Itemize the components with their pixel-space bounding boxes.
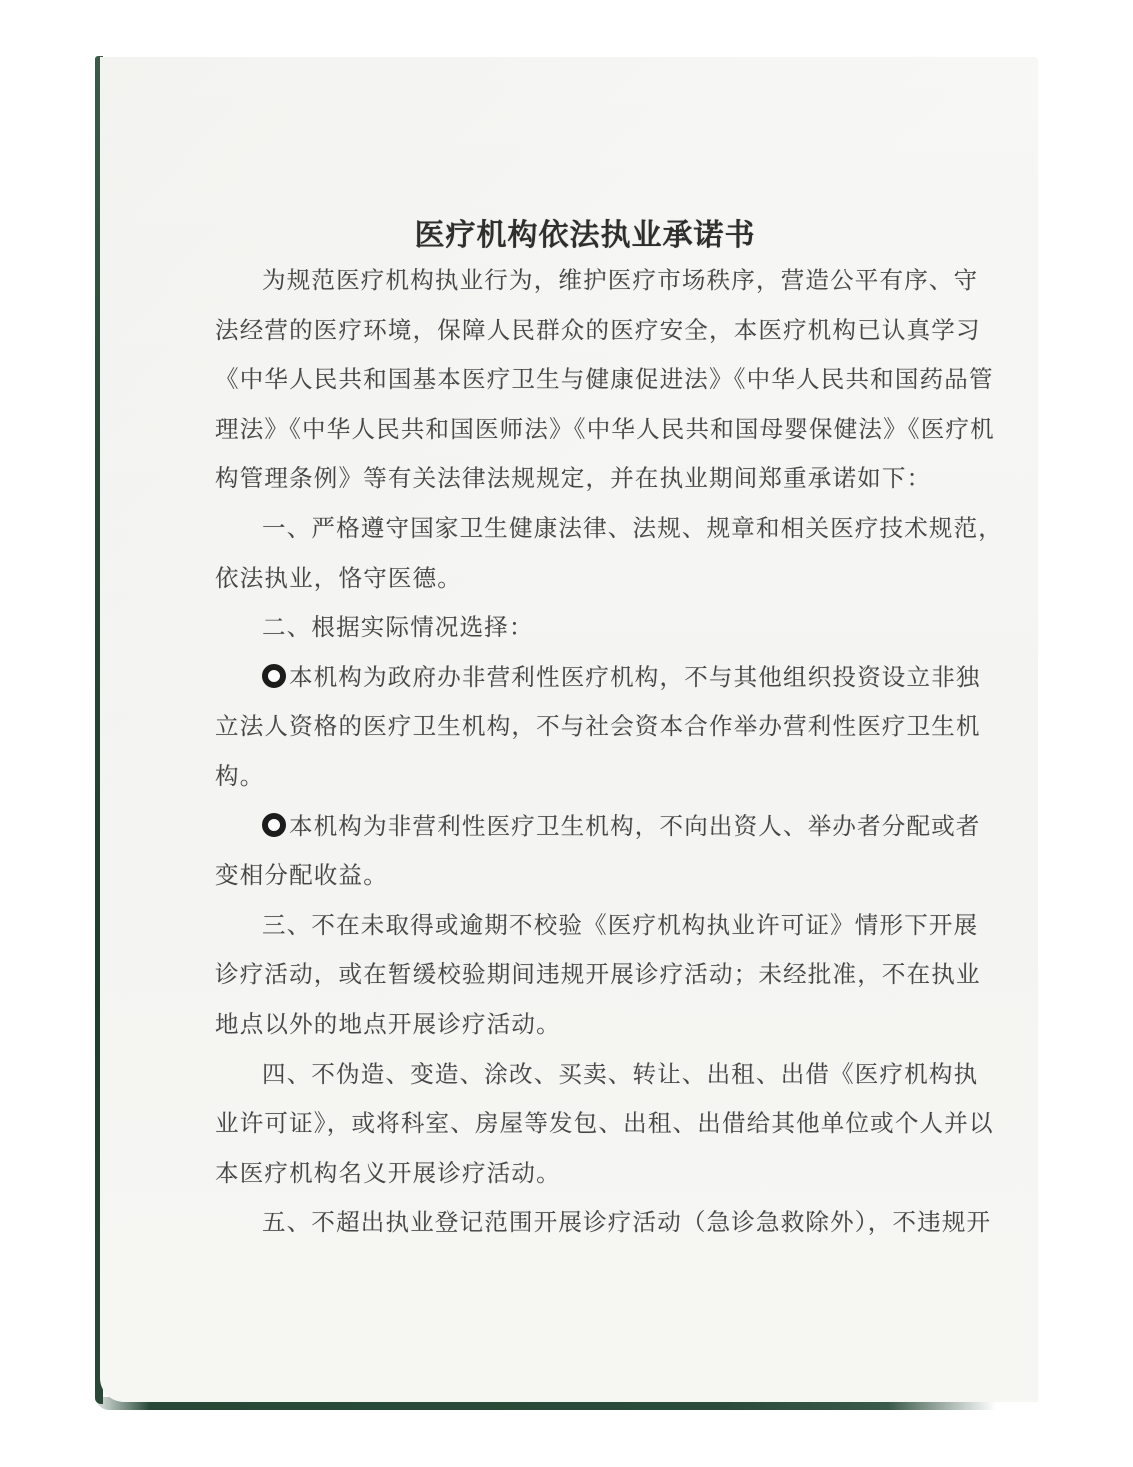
document-line: 构。 — [215, 753, 1015, 803]
document-line: 构管理条例》等有关法律法规规定，并在执业期间郑重承诺如下： — [215, 455, 1015, 505]
document-line: 二、根据实际情况选择： — [215, 604, 1015, 654]
document-line-text: 本机构为政府办非营利性医疗机构，不与其他组织投资设立非独 — [289, 665, 981, 691]
document-line: 《中华人民共和国基本医疗卫生与健康促进法》《中华人民共和国药品管 — [215, 356, 1015, 406]
scan-canvas: 医疗机构依法执业承诺书 为规范医疗机构执业行为，维护医疗市场秩序，营造公平有序、… — [0, 0, 1133, 1467]
document-line: 地点以外的地点开展诊疗活动。 — [215, 1001, 1015, 1051]
filled-circle-bullet-icon — [262, 664, 286, 688]
document-line: 四、不伪造、变造、涂改、买卖、转让、出租、出借《医疗机构执 — [215, 1051, 1015, 1101]
document-line: 法经营的医疗环境，保障人民群众的医疗安全，本医疗机构已认真学习 — [215, 307, 1015, 357]
document-line: 业许可证》，或将科室、房屋等发包、出租、出借给其他单位或个人并以 — [215, 1100, 1015, 1150]
document-line: 为规范医疗机构执业行为，维护医疗市场秩序，营造公平有序、守 — [215, 257, 1015, 307]
document-line: 理法》《中华人民共和国医师法》《中华人民共和国母婴保健法》《医疗机 — [215, 406, 1015, 456]
document-line: 一、严格遵守国家卫生健康法律、法规、规章和相关医疗技术规范， — [215, 505, 1015, 555]
document-line: 立法人资格的医疗卫生机构，不与社会资本合作举办营利性医疗卫生机 — [215, 703, 1015, 753]
document-line: 依法执业，恪守医德。 — [215, 555, 1015, 605]
document-title: 医疗机构依法执业承诺书 — [205, 210, 965, 254]
scanned-page: 医疗机构依法执业承诺书 为规范医疗机构执业行为，维护医疗市场秩序，营造公平有序、… — [100, 57, 1038, 1402]
document-line: 本机构为非营利性医疗卫生机构，不向出资人、举办者分配或者 — [215, 803, 1015, 853]
document-line-text: 本机构为非营利性医疗卫生机构，不向出资人、举办者分配或者 — [289, 814, 981, 840]
document-line: 本机构为政府办非营利性医疗机构，不与其他组织投资设立非独 — [215, 654, 1015, 704]
filled-circle-bullet-icon — [262, 813, 286, 837]
document-line: 五、不超出执业登记范围开展诊疗活动（急诊急救除外），不违规开 — [215, 1199, 1015, 1249]
document-line: 三、不在未取得或逾期不校验《医疗机构执业许可证》情形下开展 — [215, 902, 1015, 952]
document-line: 诊疗活动，或在暂缓校验期间违规开展诊疗活动；未经批准，不在执业 — [215, 951, 1015, 1001]
document-line: 本医疗机构名义开展诊疗活动。 — [215, 1150, 1015, 1200]
document-line: 变相分配收益。 — [215, 852, 1015, 902]
document-body: 为规范医疗机构执业行为，维护医疗市场秩序，营造公平有序、守 法经营的医疗环境，保… — [215, 257, 1015, 1249]
